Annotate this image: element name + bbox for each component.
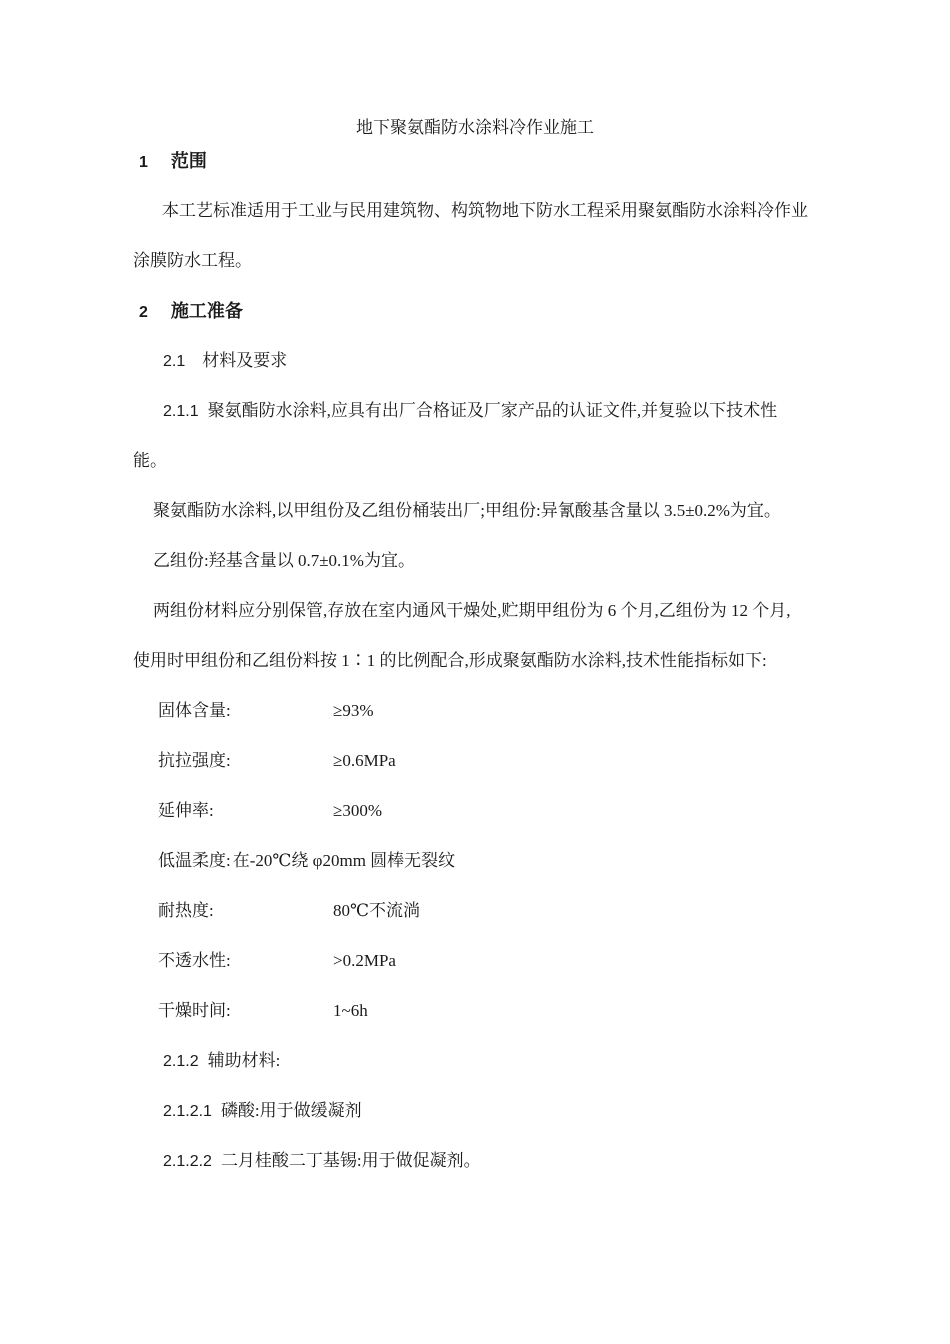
storage-paragraph-line-1: 两组份材料应分别保管,存放在室内通风干燥处,贮期甲组份为 6 个月,乙组份为 1…: [133, 586, 950, 636]
spec-row-low-temp-flexibility: 低温柔度:在-20℃绕 φ20mm 圆棒无裂纹: [133, 836, 950, 886]
section-1-heading: 1范围: [133, 136, 950, 186]
clause-2-1-2-1-label: 磷酸:用于做缓凝剂: [221, 1101, 362, 1120]
spec-value: 80℃不流淌: [333, 901, 420, 920]
clause-2-1-1-line-1: 2.1.1聚氨酯防水涂料,应具有出厂合格证及厂家产品的认证文件,并复验以下技术性: [133, 386, 950, 436]
spec-label: 固体含量:: [158, 686, 333, 736]
clause-2-1-number: 2.1: [163, 353, 185, 370]
spec-value: ≥93%: [333, 701, 374, 720]
clause-2-1-1-line-2: 能。: [133, 436, 950, 486]
clause-2-1-2-number: 2.1.2: [163, 1053, 199, 1070]
document-page: 地下聚氨酯防水涂料冷作业施工 1范围 本工艺标准适用于工业与民用建筑物、构筑物地…: [0, 0, 950, 1344]
spec-label: 不透水性:: [158, 936, 333, 986]
clause-2-1-label: 材料及要求: [202, 351, 287, 370]
spec-value: 1~6h: [333, 1001, 368, 1020]
spec-label: 抗拉强度:: [158, 736, 333, 786]
section-2-heading-label: 施工准备: [171, 301, 243, 321]
clause-2-1-1-text: 聚氨酯防水涂料,应具有出厂合格证及厂家产品的认证文件,并复验以下技术性: [208, 401, 778, 420]
clause-2-1-2-label: 辅助材料:: [208, 1051, 281, 1070]
spec-value: >0.2MPa: [333, 951, 396, 970]
clause-2-1-heading: 2.1材料及要求: [133, 336, 950, 386]
section-1-number: 1: [139, 154, 148, 171]
component-b-paragraph: 乙组份:羟基含量以 0.7±0.1%为宜。: [133, 536, 950, 586]
section-2-heading: 2施工准备: [133, 286, 950, 336]
clause-2-1-2-2-label: 二月桂酸二丁基锡:用于做促凝剂。: [221, 1151, 481, 1170]
clause-2-1-2-heading: 2.1.2辅助材料:: [133, 1036, 950, 1086]
scope-paragraph-line-2: 涂膜防水工程。: [133, 236, 950, 286]
storage-paragraph-line-2: 使用时甲组份和乙组份料按 1∶1 的比例配合,形成聚氨酯防水涂料,技术性能指标如…: [133, 636, 950, 686]
components-paragraph: 聚氨酯防水涂料,以甲组份及乙组份桶装出厂;甲组份:异氰酸基含量以 3.5±0.2…: [133, 486, 950, 536]
spec-value: 在-20℃绕 φ20mm 圆棒无裂纹: [233, 851, 455, 870]
clause-2-1-2-2-number: 2.1.2.2: [163, 1153, 212, 1170]
clause-2-1-2-1-number: 2.1.2.1: [163, 1103, 212, 1120]
spec-label: 延伸率:: [158, 786, 333, 836]
clause-2-1-2-1-item: 2.1.2.1磷酸:用于做缓凝剂: [133, 1086, 950, 1136]
spec-label: 干燥时间:: [158, 986, 333, 1036]
spec-row-tensile-strength: 抗拉强度:≥0.6MPa: [133, 736, 950, 786]
spec-label: 耐热度:: [158, 886, 333, 936]
spec-row-impermeability: 不透水性:>0.2MPa: [133, 936, 950, 986]
spec-value: ≥0.6MPa: [333, 751, 396, 770]
spec-value: ≥300%: [333, 801, 382, 820]
spec-row-elongation: 延伸率:≥300%: [133, 786, 950, 836]
section-1-heading-label: 范围: [171, 151, 207, 171]
spec-row-solid-content: 固体含量:≥93%: [133, 686, 950, 736]
spec-label: 低温柔度:: [158, 836, 231, 886]
section-2-number: 2: [139, 304, 148, 321]
scope-paragraph-line-1: 本工艺标准适用于工业与民用建筑物、构筑物地下防水工程采用聚氨酯防水涂料冷作业: [133, 186, 950, 236]
spec-row-heat-resistance: 耐热度:80℃不流淌: [133, 886, 950, 936]
clause-2-1-1-number: 2.1.1: [163, 403, 199, 420]
spec-row-drying-time: 干燥时间:1~6h: [133, 986, 950, 1036]
document-body: 1范围 本工艺标准适用于工业与民用建筑物、构筑物地下防水工程采用聚氨酯防水涂料冷…: [133, 136, 950, 1186]
clause-2-1-2-2-item: 2.1.2.2二月桂酸二丁基锡:用于做促凝剂。: [133, 1136, 950, 1186]
